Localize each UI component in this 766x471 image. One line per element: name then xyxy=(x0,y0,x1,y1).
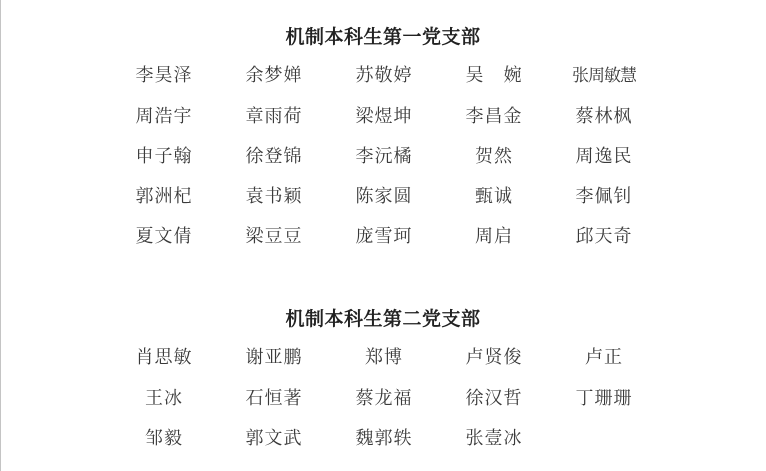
member-name: 谢亚鹏 xyxy=(219,345,329,371)
member-name: 丁珊珊 xyxy=(549,386,659,412)
member-name: 卢正 xyxy=(549,345,659,371)
section-title: 机制本科生第二党支部 xyxy=(0,306,766,332)
member-name: 庞雪珂 xyxy=(329,224,439,250)
name-row: 肖思敏 谢亚鹏 郑博 卢贤俊 卢正 xyxy=(0,345,766,371)
member-name: 甄诚 xyxy=(439,184,549,210)
name-row: 夏文倩 梁豆豆 庞雪珂 周启 邱天奇 xyxy=(0,224,766,250)
name-row: 王冰 石恒著 蔡龙福 徐汉哲 丁珊珊 xyxy=(0,386,766,412)
member-name: 邹毅 xyxy=(109,426,219,452)
member-name: 李沅橘 xyxy=(329,144,439,170)
name-row: 邹毅 郭文武 魏郭轶 张壹冰 xyxy=(0,426,766,452)
member-name: 梁豆豆 xyxy=(219,224,329,250)
member-name: 魏郭轶 xyxy=(329,426,439,452)
member-name: 李佩钊 xyxy=(549,184,659,210)
member-name: 章雨荷 xyxy=(219,104,329,130)
member-name: 张周敏慧 xyxy=(549,63,659,89)
name-row: 周浩宇 章雨荷 梁煜坤 李昌金 蔡林枫 xyxy=(0,104,766,130)
member-name: 李昊泽 xyxy=(109,63,219,89)
member-name: 夏文倩 xyxy=(109,224,219,250)
member-name: 郑博 xyxy=(329,345,439,371)
member-name: 吴 婉 xyxy=(439,63,549,89)
member-name: 周启 xyxy=(439,224,549,250)
name-row: 李昊泽 余梦婵 苏敬婷 吴 婉 张周敏慧 xyxy=(0,63,766,89)
member-name: 郭文武 xyxy=(219,426,329,452)
member-name: 贺然 xyxy=(439,144,549,170)
member-name: 袁书颖 xyxy=(219,184,329,210)
member-name: 徐登锦 xyxy=(219,144,329,170)
member-name: 郭洲杞 xyxy=(109,184,219,210)
member-name: 周浩宇 xyxy=(109,104,219,130)
member-name: 申子翰 xyxy=(109,144,219,170)
name-row: 申子翰 徐登锦 李沅橘 贺然 周逸民 xyxy=(0,144,766,170)
member-name: 王冰 xyxy=(109,386,219,412)
member-name: 李昌金 xyxy=(439,104,549,130)
member-name: 石恒著 xyxy=(219,386,329,412)
member-name: 邱天奇 xyxy=(549,224,659,250)
member-name: 蔡林枫 xyxy=(549,104,659,130)
member-name: 徐汉哲 xyxy=(439,386,549,412)
member-name: 周逸民 xyxy=(549,144,659,170)
member-name: 陈家圆 xyxy=(329,184,439,210)
member-name: 余梦婵 xyxy=(219,63,329,89)
name-row: 郭洲杞 袁书颖 陈家圆 甄诚 李佩钊 xyxy=(0,184,766,210)
member-name: 梁煜坤 xyxy=(329,104,439,130)
member-name: 肖思敏 xyxy=(109,345,219,371)
member-name: 苏敬婷 xyxy=(329,63,439,89)
member-name: 卢贤俊 xyxy=(439,345,549,371)
member-name: 张壹冰 xyxy=(439,426,549,452)
member-name: 蔡龙福 xyxy=(329,386,439,412)
section-title: 机制本科生第一党支部 xyxy=(0,24,766,50)
